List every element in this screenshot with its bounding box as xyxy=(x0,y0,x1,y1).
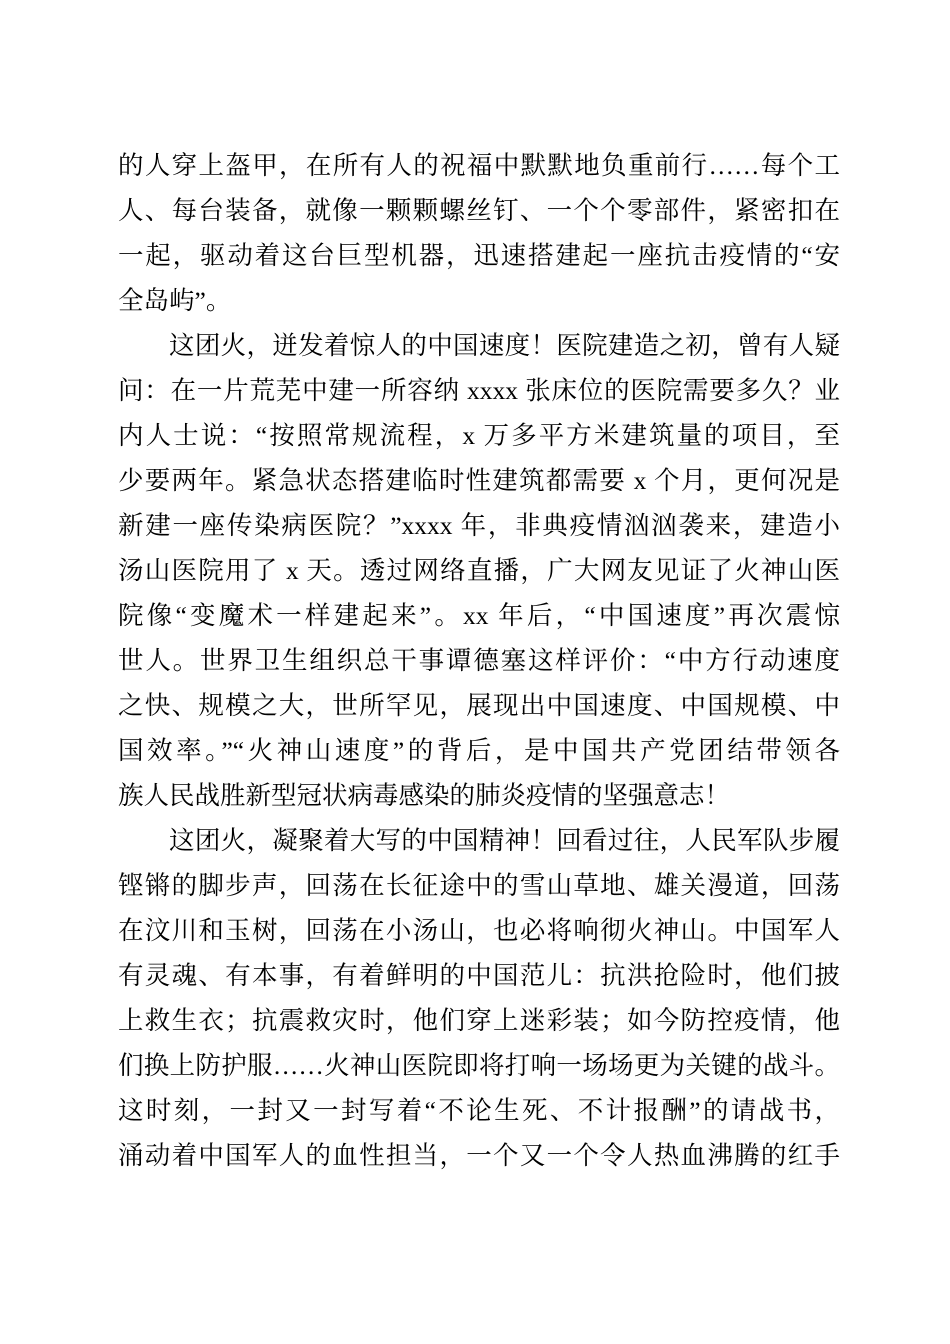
text-line: 们换上防护服……火神山医院即将打响一场场更为关键的战斗。 xyxy=(118,1043,840,1088)
text-line: 上救生衣；抗震救灾时，他们穿上迷彩装；如今防控疫情，他 xyxy=(118,998,840,1043)
paragraph: 这团火，迸发着惊人的中国速度！医院建造之初，曾有人疑问：在一片荒芜中建一所容纳 … xyxy=(118,323,840,818)
text-line: 内人士说：“按照常规流程，x 万多平方米建筑量的项目，至 xyxy=(118,413,840,458)
document-body: 的人穿上盔甲，在所有人的祝福中默默地负重前行……每个工人、每台装备，就像一颗颗螺… xyxy=(118,143,840,1178)
text-line: 人、每台装备，就像一颗颗螺丝钉、一个个零部件，紧密扣在 xyxy=(118,188,840,233)
text-line: 之快、规模之大，世所罕见，展现出中国速度、中国规模、中 xyxy=(118,683,840,728)
text-line: 涌动着中国军人的血性担当，一个又一个令人热血沸腾的红手 xyxy=(118,1133,840,1178)
text-line: 少要两年。紧急状态搭建临时性建筑都需要 x 个月，更何况是 xyxy=(118,458,840,503)
text-line: 汤山医院用了 x 天。透过网络直播，广大网友见证了火神山医 xyxy=(118,548,840,593)
text-line: 问：在一片荒芜中建一所容纳 xxxx 张床位的医院需要多久？业 xyxy=(118,368,840,413)
text-line: 族人民战胜新型冠状病毒感染的肺炎疫情的坚强意志！ xyxy=(118,773,840,818)
paragraph: 的人穿上盔甲，在所有人的祝福中默默地负重前行……每个工人、每台装备，就像一颗颗螺… xyxy=(118,143,840,323)
paragraph: 这团火，凝聚着大写的中国精神！回看过往，人民军队步履铿锵的脚步声，回荡在长征途中… xyxy=(118,818,840,1178)
text-line: 这团火，凝聚着大写的中国精神！回看过往，人民军队步履 xyxy=(118,818,840,863)
text-line: 这团火，迸发着惊人的中国速度！医院建造之初，曾有人疑 xyxy=(118,323,840,368)
text-line: 在汶川和玉树，回荡在小汤山，也必将响彻火神山。中国军人 xyxy=(118,908,840,953)
text-line: 有灵魂、有本事，有着鲜明的中国范儿：抗洪抢险时，他们披 xyxy=(118,953,840,998)
document-page: 的人穿上盔甲，在所有人的祝福中默默地负重前行……每个工人、每台装备，就像一颗颗螺… xyxy=(0,0,950,1344)
text-line: 的人穿上盔甲，在所有人的祝福中默默地负重前行……每个工 xyxy=(118,143,840,188)
text-line: 铿锵的脚步声，回荡在长征途中的雪山草地、雄关漫道，回荡 xyxy=(118,863,840,908)
text-line: 一起，驱动着这台巨型机器，迅速搭建起一座抗击疫情的“安 xyxy=(118,233,840,278)
text-line: 国效率。”“火神山速度”的背后，是中国共产党团结带领各 xyxy=(118,728,840,773)
text-line: 全岛屿”。 xyxy=(118,278,840,323)
text-line: 新建一座传染病医院？”xxxx 年，非典疫情汹汹袭来，建造小 xyxy=(118,503,840,548)
text-line: 这时刻，一封又一封写着“不论生死、不计报酬”的请战书， xyxy=(118,1088,840,1133)
text-line: 院像“变魔术一样建起来”。xx 年后，“中国速度”再次震惊 xyxy=(118,593,840,638)
text-line: 世人。世界卫生组织总干事谭德塞这样评价：“中方行动速度 xyxy=(118,638,840,683)
